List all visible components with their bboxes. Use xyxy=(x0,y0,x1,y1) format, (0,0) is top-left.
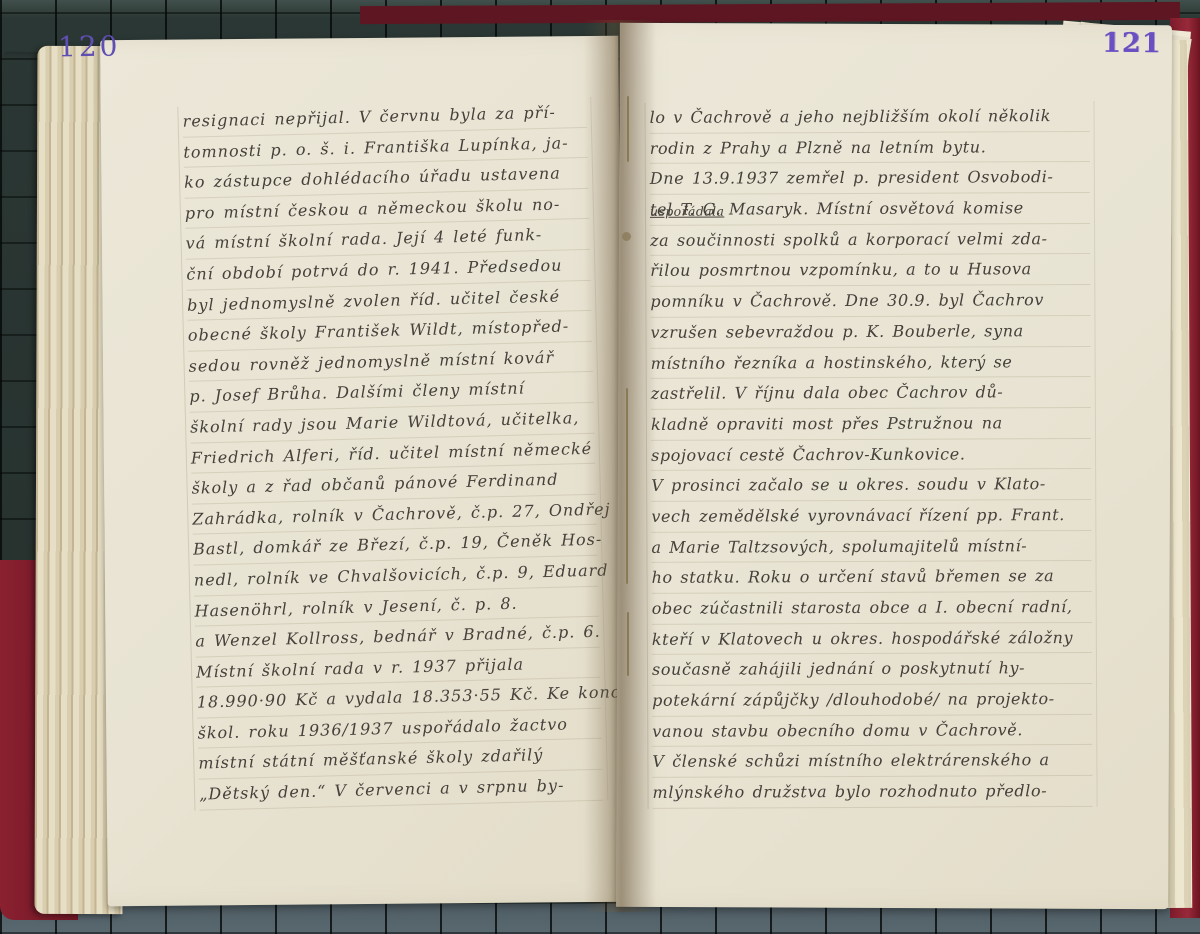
handwritten-line: vzrušen sebevraždou p. K. Bouberle, syna xyxy=(650,316,1090,349)
right-page: uspořádala lo v Čachrově a jeho nejbližš… xyxy=(616,23,1172,909)
handwritten-line: rodin z Prahy a Plzně na letním bytu. xyxy=(650,132,1090,165)
binding-thread xyxy=(626,388,628,584)
handwritten-line: potekární zápůjčky /dlouhodobé/ na proje… xyxy=(652,684,1092,717)
handwritten-line: kladně opraviti most přes Pstružnou na xyxy=(651,408,1091,441)
left-page: resignaci nepřijal. V červnu byla za pří… xyxy=(100,36,626,906)
handwritten-line: V prosinci začalo se u okres. soudu v Kl… xyxy=(651,469,1091,502)
binding-thread xyxy=(627,612,629,676)
handwritten-line: pomníku v Čachrově. Dne 30.9. byl Čachro… xyxy=(650,285,1090,318)
handwritten-line: za součinnosti spolků a korporací velmi … xyxy=(650,224,1090,257)
handwritten-line: lo v Čachrově a jeho nejbližším okolí ně… xyxy=(650,101,1090,134)
handwritten-line: ho statku. Roku o určení stavů břemen se… xyxy=(652,561,1092,594)
handwritten-line: vech zemědělské vyrovnávací řízení pp. F… xyxy=(651,500,1091,533)
left-page-text: resignaci nepřijal. V červnu byla za pří… xyxy=(177,97,608,811)
handwritten-line: zastřelil. V říjnu dala obec Čachrov dů- xyxy=(651,377,1091,410)
handwritten-line: mlýnského družstva bylo rozhodnuto předl… xyxy=(652,776,1092,809)
handwritten-line: a Marie Taltzsových, spolumajitelů místn… xyxy=(651,531,1091,564)
handwritten-line: V členské schůzi místního elektrárenskéh… xyxy=(652,745,1092,778)
handwritten-line: obec zúčastnili starosta obce a I. obecn… xyxy=(652,592,1092,625)
handwritten-line: spojovací cestě Čachrov-Kunkovice. xyxy=(651,439,1091,472)
handwritten-line: Dne 13.9.1937 zemřel p. president Osvobo… xyxy=(650,162,1090,195)
chronicle-book-photo: resignaci nepřijal. V červnu byla za pří… xyxy=(0,0,1200,934)
handwritten-line: řilou posmrtnou vzpomínku, a to u Husova xyxy=(650,254,1090,287)
binding-thread xyxy=(627,96,629,162)
handwritten-line: vanou stavbu obecního domu v Čachrově. xyxy=(652,715,1092,748)
right-page-text: uspořádala lo v Čachrově a jeho nejbližš… xyxy=(645,101,1098,809)
handwritten-line: kteří v Klatovech u okres. hospodářské z… xyxy=(652,623,1092,656)
handwritten-line: současně zahájili jednání o poskytnutí h… xyxy=(652,653,1092,686)
interlinear-insertion: uspořádala xyxy=(650,206,724,218)
page-number-left: 120 xyxy=(58,29,121,63)
binding-thread-knot xyxy=(622,232,631,241)
page-number-stamp-right: 121 xyxy=(1102,28,1162,60)
handwritten-line: místního řezníka a hostinského, který se xyxy=(651,346,1091,379)
